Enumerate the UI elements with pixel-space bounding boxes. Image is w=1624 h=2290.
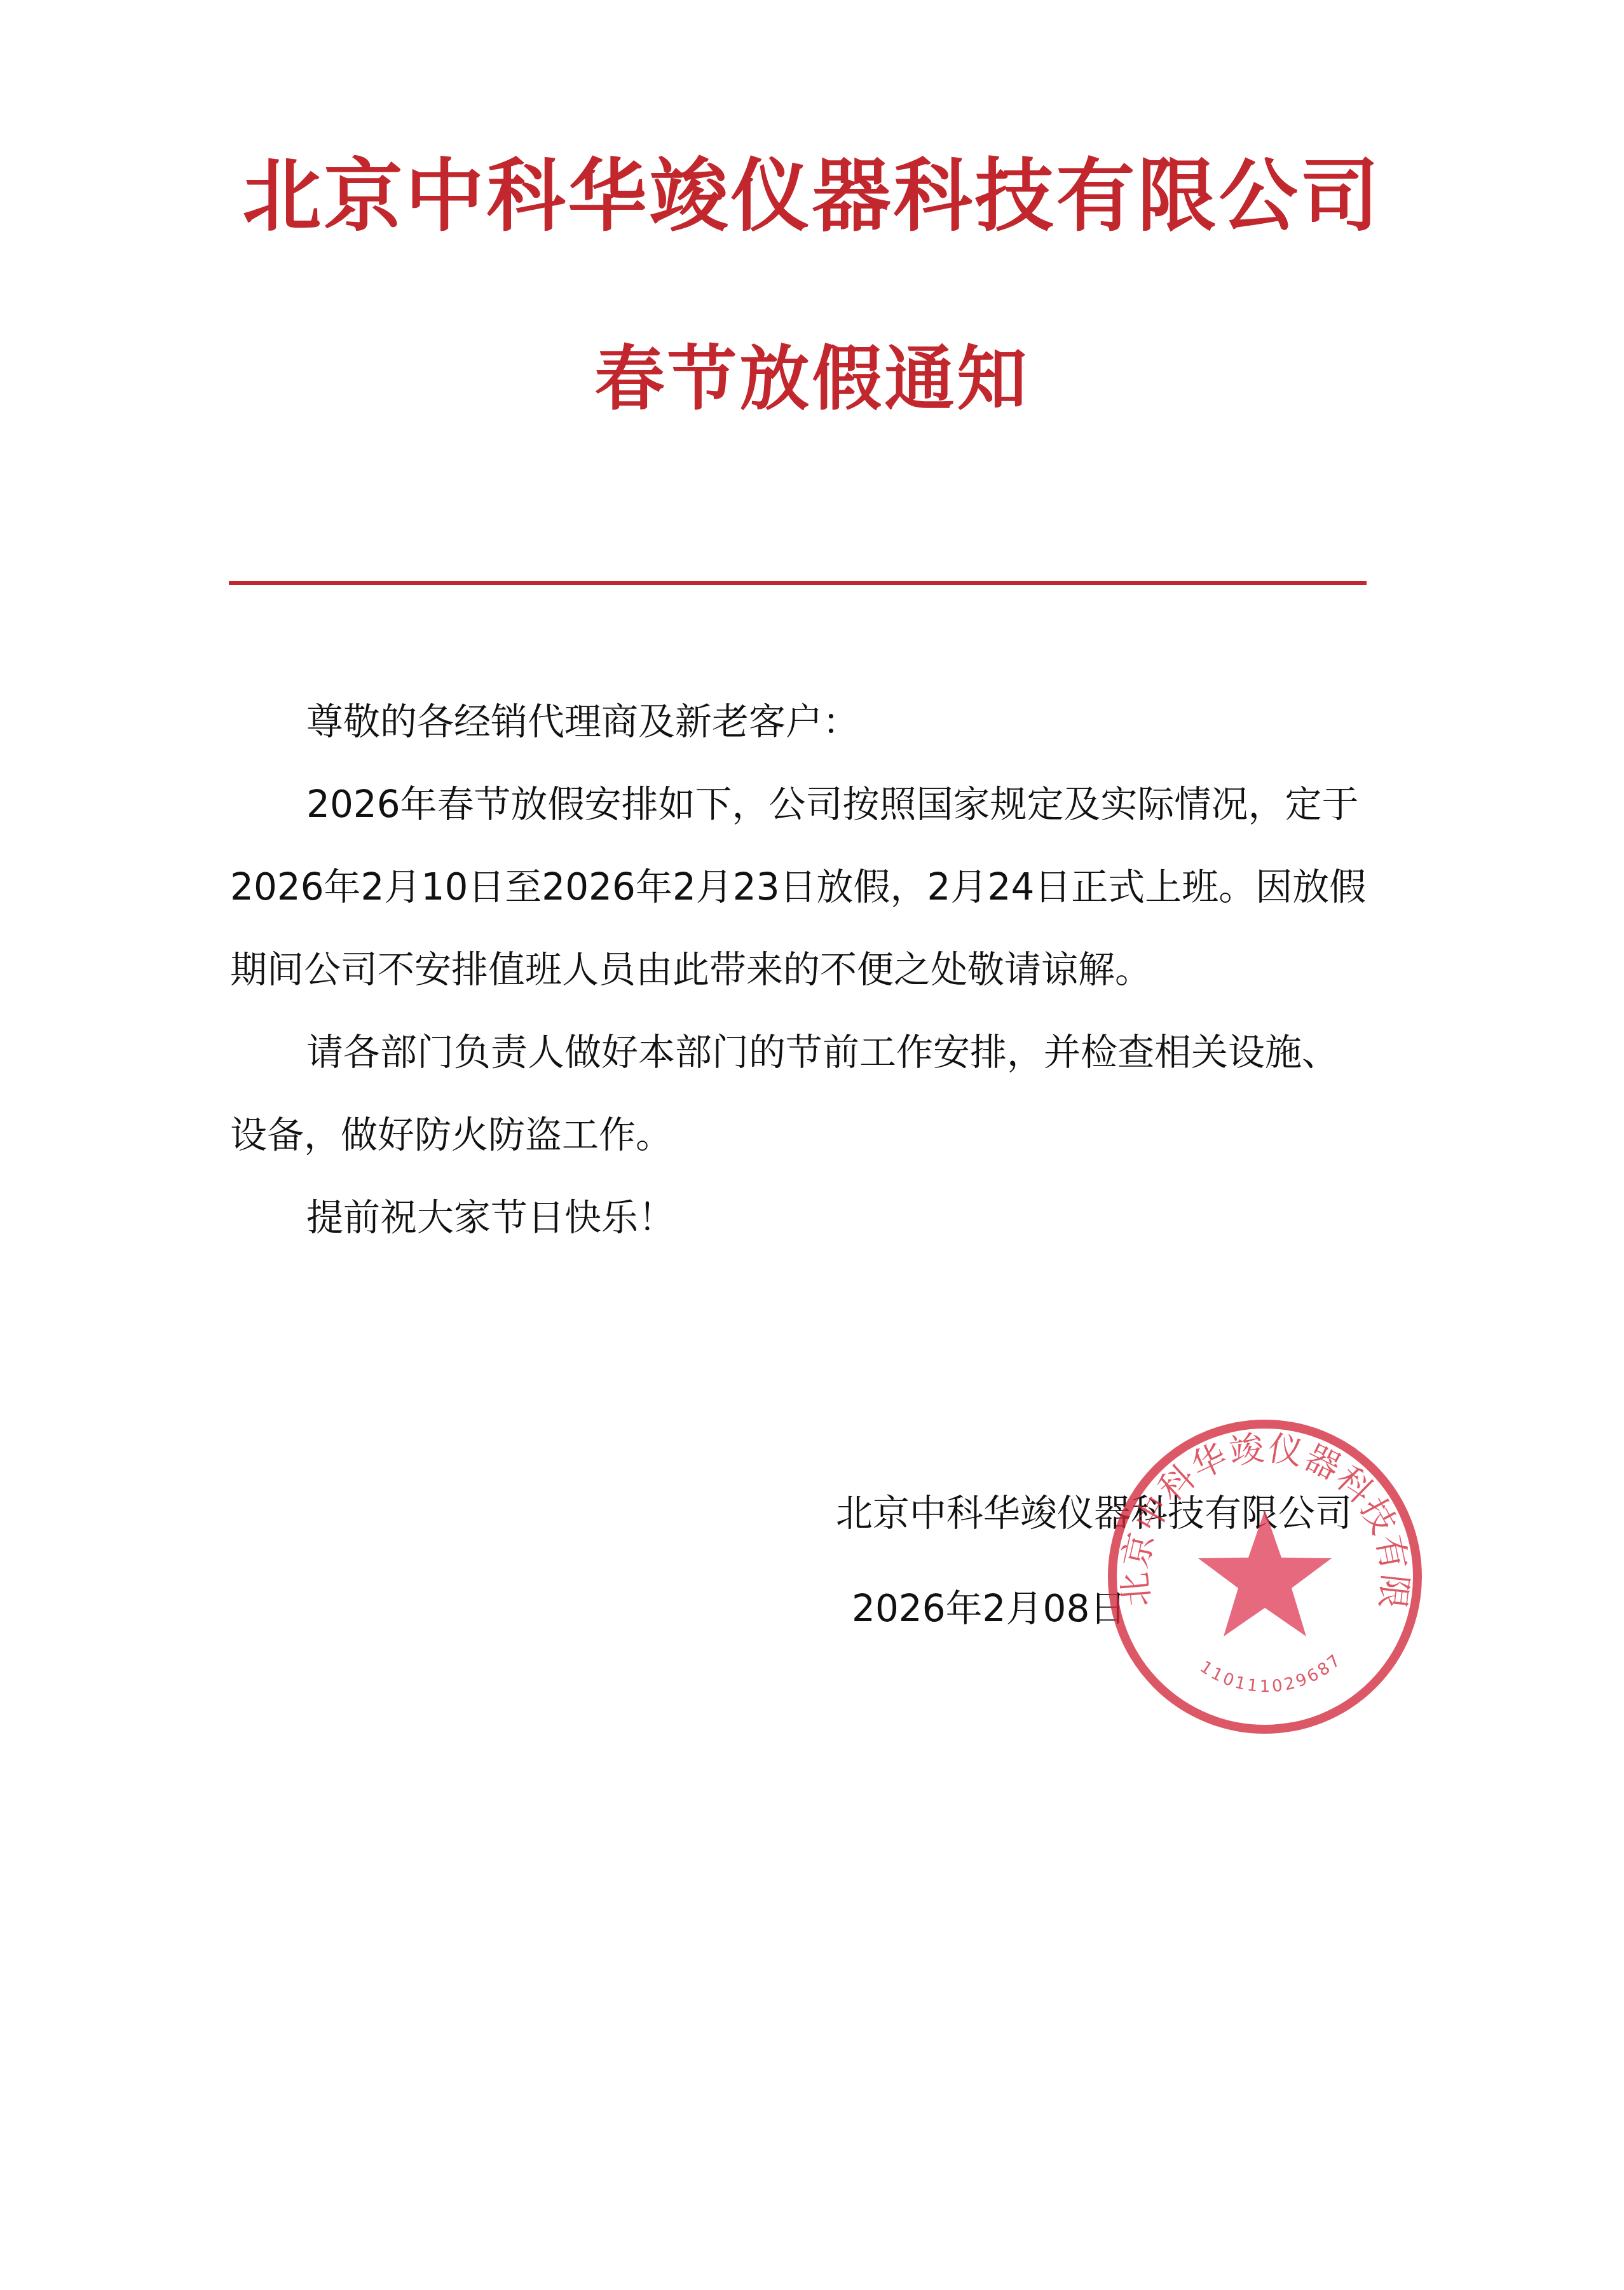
company-seal: 北京中科华竣仪器科技有限公司 1101110296870 bbox=[1103, 1415, 1427, 1739]
seal-ring bbox=[1112, 1424, 1417, 1729]
seal-serial: 1101110296870 bbox=[1103, 1415, 1346, 1696]
paragraph-schedule: 2026年春节放假安排如下，公司按照国家规定及实际情况，定于2026年2月10日… bbox=[230, 763, 1374, 1011]
notice-title: 春节放假通知 bbox=[0, 337, 1624, 421]
paragraph-greeting: 提前祝大家节日快乐！ bbox=[230, 1176, 1374, 1259]
company-title: 北京中科华竣仪器科技有限公司 bbox=[0, 149, 1624, 244]
header-divider bbox=[229, 581, 1367, 585]
salutation: 尊敬的各经销代理商及新老客户： bbox=[230, 680, 1374, 763]
signature-company: 北京中科华竣仪器科技有限公司 bbox=[836, 1481, 1352, 1545]
notice-body: 尊敬的各经销代理商及新老客户： 2026年春节放假安排如下，公司按照国家规定及实… bbox=[230, 680, 1374, 1259]
signature-date: 2026年2月08日 bbox=[852, 1577, 1126, 1640]
paragraph-instructions: 请各部门负责人做好本部门的节前工作安排，并检查相关设施、设备，做好防火防盗工作。 bbox=[230, 1011, 1374, 1176]
